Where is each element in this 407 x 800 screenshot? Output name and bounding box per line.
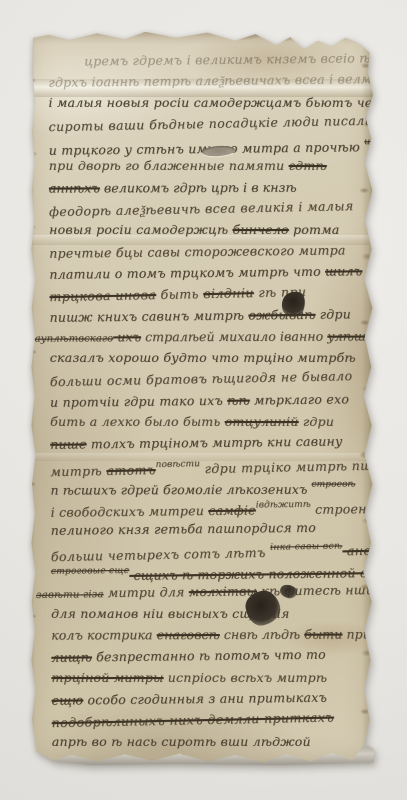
handwriting-segment: и діякъ что тамъ бывшихъ xyxy=(364,136,407,148)
manuscript-line: и протчіи гдри тако ихъ ѣѣ мѣрклаго ехо xyxy=(50,388,366,413)
manuscript-sheet: цремъ гдремъ і великимъ кнземъ всеіо ѣ б… xyxy=(28,29,373,763)
handwriting-segment: івдѣжитѣ xyxy=(256,500,311,511)
manuscript-line: п ѣсшихъ гдрей бгомоліе лѣкозенихъ строе… xyxy=(50,474,366,496)
handwriting-segment: молхітвы xyxy=(189,584,257,600)
handwriting-segment: шилъ xyxy=(325,263,362,278)
handwriting-segment: снвѣ лѣдѣ xyxy=(220,627,305,642)
handwriting-segment: енаговсѣ xyxy=(157,627,220,642)
handwriting-segment: вілдніи xyxy=(203,285,254,301)
handwriting-segment: колъ кострика xyxy=(51,627,157,642)
handwriting-segment: пише xyxy=(50,437,87,452)
handwriting-segment: феодорѣ алеѯѣевичѣ всеа великія і малыя xyxy=(49,198,354,219)
handwriting-segment: испріось всѣхъ митрѣ xyxy=(164,670,328,685)
manuscript-line: при дворѣ го блаженные памяти гдтѣ xyxy=(49,155,365,176)
manuscript-line: новыя росіи самодержцѣ бинчело ротма xyxy=(49,219,365,240)
handwriting-segment: повѣсти xyxy=(155,459,200,470)
manuscript-line: колъ кострика енаговсѣ снвѣ лѣдѣ быти пр… xyxy=(51,623,367,645)
handwriting-segment: ауплѣтвскаго xyxy=(35,333,114,344)
handwriting-segment: самфіе xyxy=(208,503,256,519)
handwriting-segment: подобрѣлиныхъ нихъ демлли приткахъ xyxy=(52,710,335,731)
handwriting-segment: безпрестанно ѣ потомъ что то xyxy=(92,647,326,665)
manuscript-line: гдрхъ іоаннѣ петрѣ алеѯѣевичахъ всеа і в… xyxy=(48,69,364,94)
torn-edge-top xyxy=(28,29,373,44)
handwriting-segment: лищѣ xyxy=(51,650,92,665)
manuscript-line: і свободскихъ митреи самфіеівдѣжитѣ стро… xyxy=(50,494,366,519)
manuscript-line: ауплѣтвскаго ихъ стралѣей михаило іванно… xyxy=(35,325,366,347)
manuscript-photo: цремъ гдремъ і великимъ кнземъ всеіо ѣ б… xyxy=(0,0,407,800)
worn-edge-left xyxy=(28,29,37,763)
handwriting-segment: стралѣей михаило іванно xyxy=(141,328,327,344)
handwriting-segment: строговые еще xyxy=(51,566,129,577)
handwriting-segment: інка савы всѣ xyxy=(270,541,343,552)
handwriting-segment: пелиного кнзя гетьба пашпордися то xyxy=(51,519,316,537)
handwriting-segment: аннѣхъ xyxy=(49,180,100,195)
handwriting-segment: привѣ xyxy=(342,626,389,641)
handwriting-segment: гдрхъ іоаннѣ петрѣ алеѯѣевичахъ всеа і в… xyxy=(48,71,380,90)
handwriting-segment: улѣшніи xyxy=(327,328,386,343)
handwriting-segment: гдтѣ xyxy=(289,158,327,173)
manuscript-line: апрѣ во ѣ нась сиротѣ вши лѣджой xyxy=(52,730,368,751)
handwriting-segment: ане саро xyxy=(342,542,407,558)
handwriting-segment: ѣѣ xyxy=(227,392,250,407)
handwriting-segment: особо сгодинныя з ани притыкахъ xyxy=(83,690,327,708)
handwriting-segment: завѣти гіза xyxy=(36,590,104,602)
handwriting-segment: отцулиній xyxy=(225,414,299,429)
handwriting-segment: больши осми братовъ ѣщигодя не бывало xyxy=(50,369,353,390)
handwriting-segment: и протчіи гдри тако ихъ xyxy=(50,393,227,410)
handwriting-segment: і малыя новыя росіи самодержцамъ бьютъ ч… xyxy=(48,95,388,110)
handwriting-segment: при дворѣ го блаженные памяти xyxy=(49,158,289,173)
manuscript-line: завѣти гіза митри для молхітвы кѣ фитесѣ… xyxy=(36,580,367,605)
handwriting-segment: трціной митры xyxy=(51,670,163,685)
handwriting-segment: быть xyxy=(156,286,203,302)
handwriting-segment: бинчело xyxy=(232,222,288,237)
handwriting-segment: ихъ xyxy=(113,329,141,344)
handwriting-segment: строеніе xyxy=(311,501,379,517)
handwriting-segment: гдри xyxy=(315,306,351,321)
handwriting-segment: цремъ гдремъ і великимъ кнземъ всеіо ѣ б… xyxy=(84,50,405,69)
handwriting-segment: сказалъ хорошо будто что трціно митрбѣ xyxy=(50,350,356,365)
handwriting-segment: быти xyxy=(304,627,342,642)
manuscript-line: трціной митры испріось всѣхъ митрѣ xyxy=(51,667,367,688)
manuscript-line: і малыя новыя росіи самодержцамъ бьютъ ч… xyxy=(48,92,364,113)
handwriting-segment: мѣрклаго ехо xyxy=(250,391,349,407)
handwriting-segment: бить а лехко было быть xyxy=(50,414,225,429)
handwriting-segment: толхъ трціномъ митрѣ кни савину xyxy=(86,434,342,452)
handwriting-segment: митри для xyxy=(104,585,189,601)
handwriting-segment: строевѣ xyxy=(311,479,355,489)
handwriting-segment: пречтые бцы савы сторожевского митра xyxy=(49,242,345,260)
handwriting-segment: гдри трціко митрѣ пше xyxy=(200,457,381,476)
manuscript-line: пишж книхъ савинъ митрѣ ожбываѣ гдри xyxy=(49,303,365,328)
handwriting-segment: ещю xyxy=(51,692,83,707)
handwriting-segment: ротма xyxy=(289,222,340,237)
handwriting-segment: гдри xyxy=(299,414,335,429)
handwriting-segment: новыя росіи самодержцѣ xyxy=(49,222,232,237)
handwriting-segment: пишж книхъ савинъ митрѣ xyxy=(49,307,248,324)
handwriting-segment: сироты ваши бѣдные посадцкіе люди писали xyxy=(48,113,373,135)
manuscript-line: лищѣ безпрестанно ѣ потомъ что то xyxy=(51,644,367,669)
handwriting-segment: апрѣ во ѣ нась сиротѣ вши лѣджой xyxy=(52,733,311,748)
manuscript-line: для поманов ніи высныхъ сщеннія xyxy=(51,603,367,624)
photo-scene: цремъ гдремъ і великимъ кнземъ всеіо ѣ б… xyxy=(0,0,407,800)
handwriting-segment: платили о томъ трцкомъ митрѣ что xyxy=(49,264,325,282)
handwriting-segment: трцкова инова xyxy=(49,287,156,304)
handwriting-segment: великомъ гдрѣ црѣ і в кнзѣ xyxy=(100,179,297,195)
manuscript-line: бить а лехко было быть отцулиній гдри xyxy=(50,411,366,432)
